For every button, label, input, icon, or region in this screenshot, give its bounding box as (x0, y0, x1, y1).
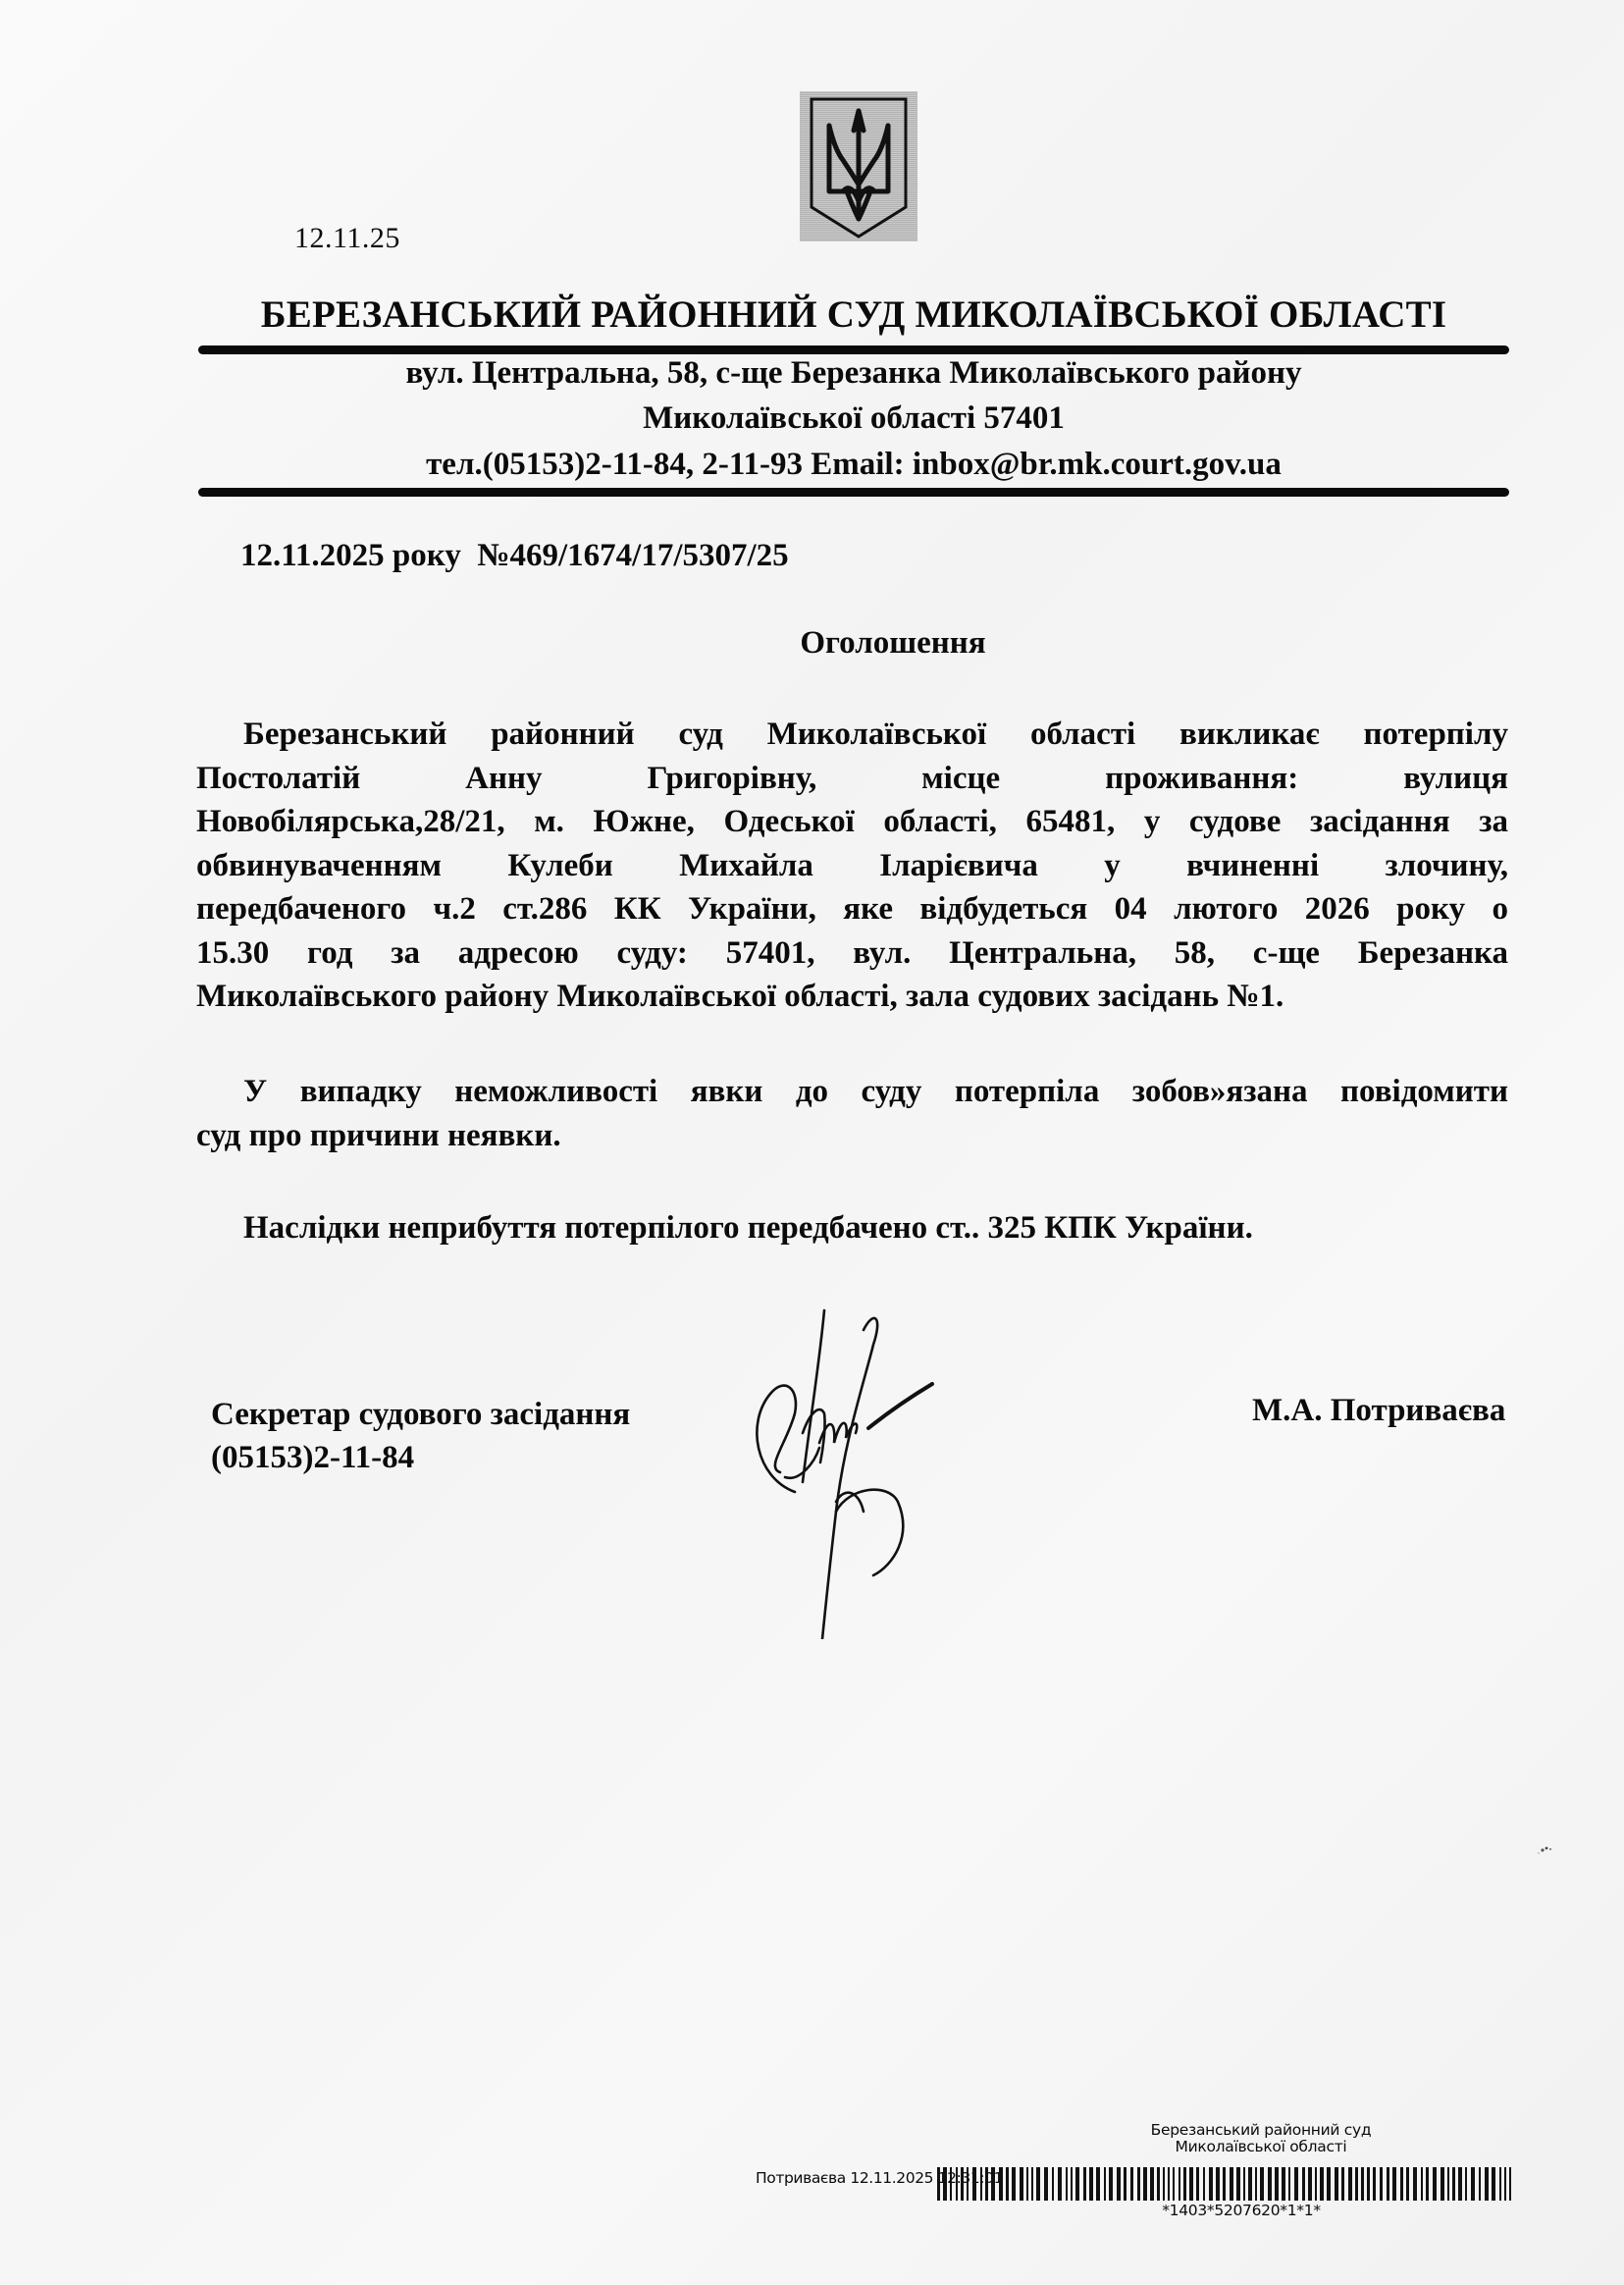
paragraph-line: Миколаївського району Миколаївської обла… (196, 975, 1508, 1019)
absence-notice-paragraph: У випадку неможливості явки до суду поте… (196, 1070, 1508, 1157)
signatory-phone: (05153)2-11-84 (211, 1436, 630, 1479)
court-contacts-line: тел.(05153)2-11-84, 2-11-93 Email: inbox… (0, 447, 1624, 483)
consequences-paragraph: Наслідки неприбуття потерпілого передбач… (243, 1210, 1253, 1247)
stamp-org-line-2: Миколаївської області (1099, 2139, 1423, 2155)
paragraph-line: суд про причини неявки. (196, 1114, 1508, 1158)
court-name-title: БЕРЕЗАНСЬКИЙ РАЙОННИЙ СУД МИКОЛАЇВСЬКОЇ … (0, 292, 1624, 337)
paragraph-line: 15.30 год за адресою суду: 57401, вул. Ц… (196, 931, 1508, 976)
reference-date: 12.11.2025 року (240, 538, 461, 573)
coat-of-arms-icon (800, 91, 917, 241)
header-divider-bottom (198, 488, 1509, 497)
barcode-icon (937, 2167, 1516, 2201)
signatory-name: М.А. Потриваєва (1252, 1393, 1505, 1429)
paragraph-line: Березанський районний суд Миколаївської … (196, 713, 1508, 757)
paragraph-line: обвинуваченням Кулеби Михайла Іларієвича… (196, 844, 1508, 888)
top-date: 12.11.25 (294, 222, 400, 255)
summons-paragraph: Березанський районний суд Миколаївської … (196, 713, 1508, 1019)
paragraph-line: У випадку неможливості явки до суду поте… (196, 1070, 1508, 1114)
paragraph-line: передбаченого ч.2 ст.286 КК України, яке… (196, 887, 1508, 931)
document-page: 12.11.25 БЕРЕЗАНСЬКИЙ РАЙОННИЙ СУД МИКОЛ… (0, 0, 1624, 2285)
paragraph-line: Постолатій Анну Григорівну, місце прожив… (196, 757, 1508, 801)
paragraph-line: Новобілярська,28/21, м. Южне, Одеської о… (196, 800, 1508, 844)
signatory-role-block: Секретар судового засідання (05153)2-11-… (211, 1393, 630, 1479)
court-address-line-1: вул. Центральна, 58, с-ще Березанка Мико… (0, 355, 1624, 392)
barcode-text: *1403*5207620*1*1* (1079, 2202, 1403, 2219)
registration-stamp-org: Березанський районний суд Миколаївської … (1099, 2122, 1423, 2155)
handwritten-signature (726, 1305, 1168, 1639)
stamp-org-line-1: Березанський районний суд (1099, 2122, 1423, 2139)
announcement-title: Оголошення (0, 625, 1624, 662)
court-address-line-2: Миколаївської області 57401 (0, 400, 1624, 437)
signatory-role: Секретар судового засідання (211, 1393, 630, 1436)
reference-line: 12.11.2025 року №469/1674/17/5307/25 (240, 538, 789, 574)
header-divider-top (198, 345, 1509, 354)
reference-number: №469/1674/17/5307/25 (477, 538, 788, 573)
scan-smudge (1531, 1840, 1560, 1860)
